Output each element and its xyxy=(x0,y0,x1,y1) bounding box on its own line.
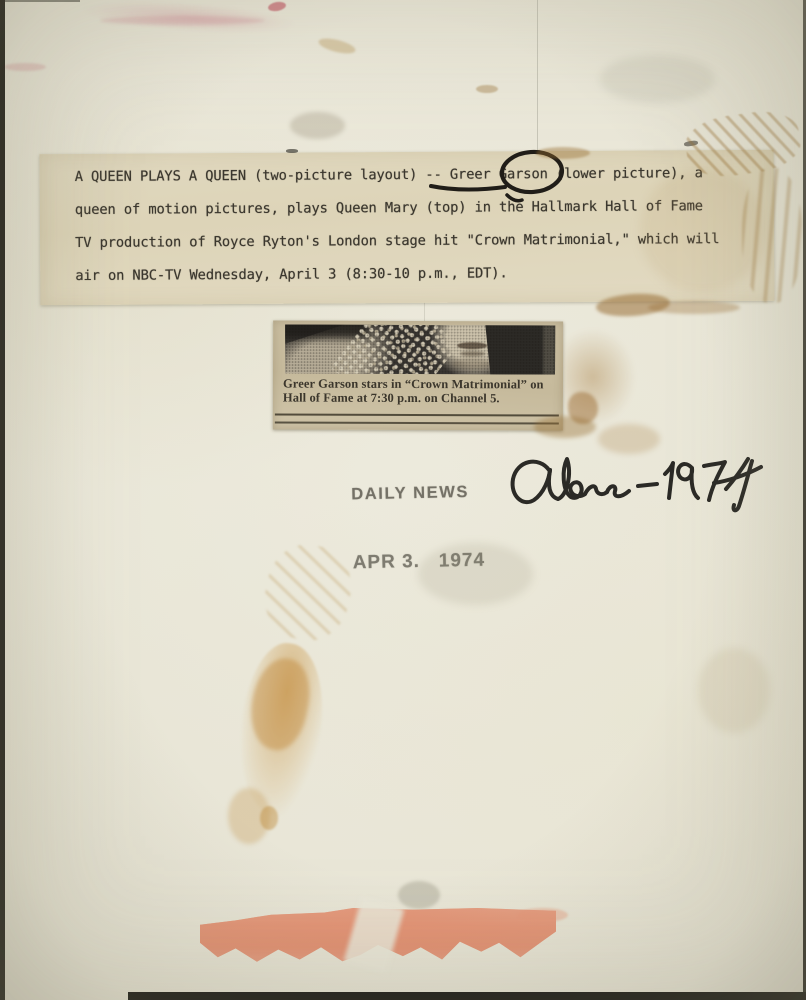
stain-right-of-clipping-spot xyxy=(568,392,598,424)
clipping-double-rule xyxy=(275,414,559,425)
stamp-line-1: DAILY NEWS xyxy=(351,483,484,505)
typed-caption-line-1: A QUEEN PLAYS A QUEEN (two-picture layou… xyxy=(40,157,774,194)
stain-speck xyxy=(476,85,498,93)
typed-caption-line-2: queen of motion pictures, plays Queen Ma… xyxy=(40,190,774,227)
newspaper-clipping: Greer Garson stars in “Crown Matrimonial… xyxy=(273,320,563,430)
stamp-line-2: APR 3. 1974 xyxy=(352,550,485,575)
scan-edge-top xyxy=(0,0,80,2)
stain-tan-specks-above-slip xyxy=(317,36,357,57)
stain-red-dash xyxy=(267,1,286,13)
stain-right-of-clipping xyxy=(564,328,636,426)
stain-amber-blob xyxy=(228,638,334,820)
stain-pink-specks-left xyxy=(4,63,46,71)
clipping-caption: Greer Garson stars in “Crown Matrimonial… xyxy=(283,377,559,406)
stain-amber-blob-core xyxy=(243,653,317,755)
stain-gray-smudge-topright xyxy=(600,55,715,103)
stain-gray-smudge-left xyxy=(290,112,345,139)
handwritten-note xyxy=(505,452,765,522)
clipping-halftone-photo xyxy=(285,325,555,375)
stain-blotch-under-slip-2 xyxy=(648,301,740,314)
typed-caption-line-3: TV production of Royce Ryton's London st… xyxy=(40,223,774,260)
stain-faint-right-low xyxy=(698,648,770,733)
stain-amber-tail xyxy=(228,788,270,844)
stain-smudge-above-band xyxy=(398,881,440,909)
clipping-caption-line-1: Greer Garson stars in “Crown Matrimonial… xyxy=(283,377,559,392)
clipping-caption-line-2: Hall of Fame at 7:30 p.m. on Channel 5. xyxy=(283,391,559,406)
press-photo-back-scan: A QUEEN PLAYS A QUEEN (two-picture layou… xyxy=(0,0,806,1000)
stain-pink-arc-top xyxy=(82,0,295,38)
stain-crease-vertical xyxy=(537,0,538,154)
stain-dark-tick xyxy=(684,140,699,147)
stain-pink-arc-inner xyxy=(100,16,265,25)
typed-caption-line-4: air on NBC-TV Wednesday, April 3 (8:30-1… xyxy=(40,256,774,293)
scan-edge-left xyxy=(0,0,5,1000)
stain-streaks-left-mid xyxy=(257,537,359,647)
scan-edge-bottom xyxy=(128,992,806,1000)
daily-news-date-stamp: DAILY NEWS APR 3. 1974 xyxy=(350,447,486,611)
typed-caption-text: A QUEEN PLAYS A QUEEN (two-picture layou… xyxy=(40,157,775,293)
photo-halftone-overlay xyxy=(285,325,555,375)
stain-amber-speck xyxy=(260,806,278,830)
pen-circle-annotation xyxy=(425,140,575,205)
stain-below-clipping xyxy=(598,424,660,454)
typed-caption-slip: A QUEEN PLAYS A QUEEN (two-picture layou… xyxy=(40,150,775,305)
stain-gray-smudge-mid xyxy=(418,543,533,605)
